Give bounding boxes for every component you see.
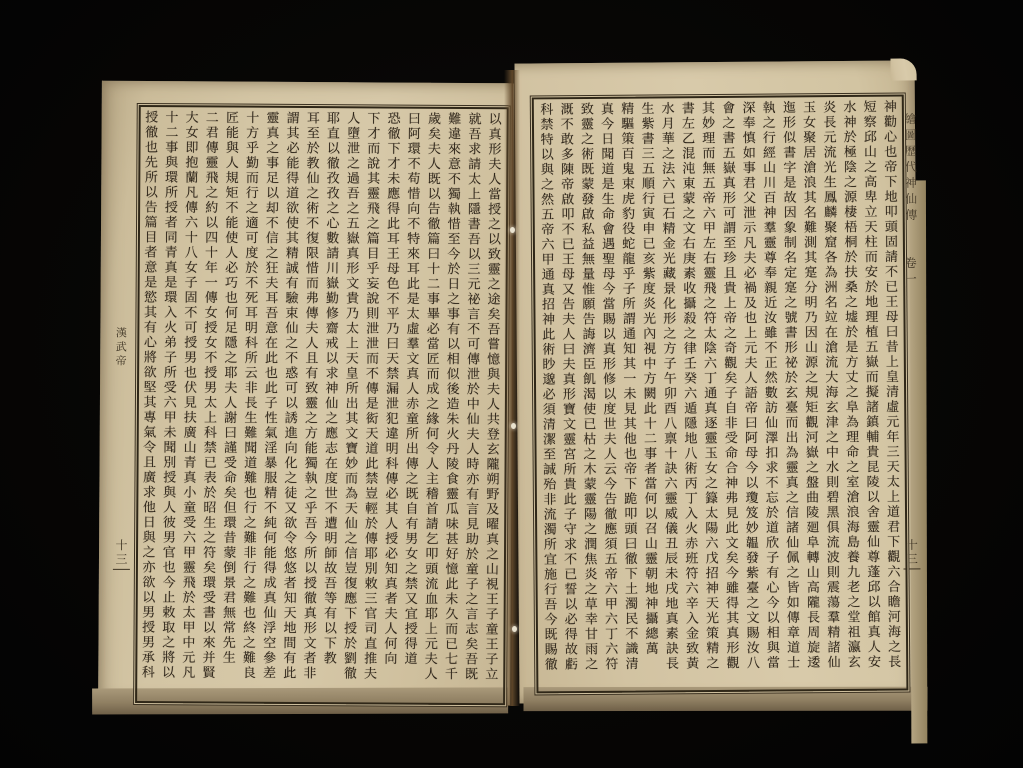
text-column: 以真形夫人當授之以致靈之途矣吾嘗憶與夫人共登玄隴朔野及曜真之山視王子童王子立: [479, 112, 503, 700]
text-column: 十方乎勤而行之適可度於不死耳明科所云非長生難聞道難也行之難非行之難也終之難良: [236, 111, 260, 699]
folio-number: 十三: [113, 539, 130, 570]
text-column: 二君傳靈飛之約以四十年一傳女授女不授男太上科禁已表於昭生之符矣環受書以來并賢: [196, 110, 220, 698]
book-page-right: 繪圖歷代神仙傳 卷一 十三 神勸心也帝下地叩頭固請不已王母曰昔上皇清虛元年三天太…: [514, 60, 919, 703]
text-column: 大女即抱蘭凡傳六十八女子固不可授男也伏見扶廣山青真小童受六甲靈飛於太甲中元凡: [176, 110, 200, 698]
text-column: 下才而說其靈飛之篇目乎妄說則泄泄而不傳是衒天道此禁豈輕於傳耶別敕三官司直推夫: [358, 111, 382, 699]
vertical-text-block: 以真形夫人當授之以致靈之途矣吾嘗憶與夫人共登玄隴朔野及曜真之山視王子童王子立就吾…: [141, 110, 503, 700]
book-page-left: 漢武帝 十三 以真形夫人當授之以致靈之途矣吾嘗憶與夫人共登玄隴朔野及曜真之山視王…: [98, 81, 514, 706]
text-column: 耶直以徹孜孜之心數請川嶽勤修齋戒以求神仙之應志在度世不遭明師故吾等有以下教: [317, 111, 341, 699]
text-column: 匠能與人規矩不能使人必巧也何足隱之耶夫人謝曰謹受命矣但環昔蒙倒景君無常先生: [216, 110, 240, 698]
text-column: 十二事與環所授者同青真是環入火弟子所受六甲未聞別授與人彼男官也今止敕取之將以: [156, 110, 180, 698]
stitch-hole: [511, 423, 516, 429]
text-column: 人墮泄之過吾之五嶽真形文貴乃太上天皇所出其文寶妙而為天仙之信豈復應下授於劉徹: [338, 111, 362, 699]
photograph-black-background: { "book": { "spine_title": "繪圖歷代神仙傳", "v…: [0, 0, 1023, 768]
running-title: 漢武帝: [112, 327, 128, 369]
text-column: 就吾求請太上隱書吾以三元祕言不可傳泄於中仙夫人時亦有言見助於童子之言志矣吾既: [459, 112, 483, 700]
text-column: 恐徹下才未應得此耳王母色不平乃曰天禁漏泄犯違明科傳必其人授必知真者夫人何向: [378, 111, 402, 699]
book-gutter-crease: [504, 70, 520, 706]
text-column: 歲矣夫人既以告徹篇曰十二事畢必當匠而成之緣何令人主稽首請乞叩頭流血耶上元夫人: [418, 112, 442, 700]
text-column: 難違來意不獨執惜至今於日之事有以相似後造朱火丹陵食靈瓜味甚好憶此未久而已七千: [439, 112, 463, 700]
text-column: 靈真之事足以却不信之狂夫耳吾意在此也此子性氣淫暴服精不純何能得成真仙浮空參差: [257, 111, 281, 699]
text-frame: 以真形夫人當授之以致靈之途矣吾嘗憶與夫人共登玄隴朔野及曜真之山視王子童王子立就吾…: [135, 105, 509, 705]
text-column: 耳至於教仙之術不復限惜而弗傳夫人且有致靈之方能獨執之乎吾今所以授徹真形文者非: [297, 111, 321, 699]
text-frame: 神勸心也帝下地叩頭固請不已王母曰昔上皇清虛元年三天太上道君下觀六合瞻河海之長短察…: [532, 95, 909, 694]
text-column: 曰阿環不苟惜向不特來耳此是太虛羣文真人赤童所出傳之既自有男女之禁又宜授得道: [398, 112, 422, 700]
stitch-hole: [512, 626, 517, 632]
vertical-text-block: 神勸心也帝下地叩頭固請不已王母曰昔上皇清虛元年三天太上道君下觀六合瞻河海之長短察…: [538, 100, 903, 689]
fold-margin-left: 漢武帝 十三: [98, 81, 138, 703]
stitch-hole: [510, 227, 515, 233]
text-column: 謂其必能得道欲使其精誠有驗束仙之不惑可以誘進向化之徒又欲令悠悠者知天地間有此: [277, 111, 301, 699]
